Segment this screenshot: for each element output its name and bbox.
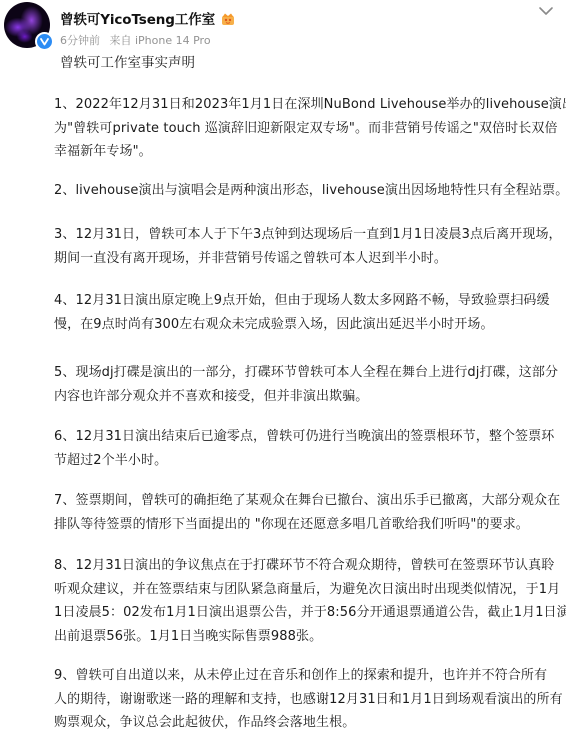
paragraph-line: 6、12月31日演出结束后已逾零点，曾轶可仍进行当晚演出的签票根环节，整个签票环 — [54, 425, 562, 449]
paragraph-line: 排队等待签票的情形下当面提出的 "你现在还愿意多唱几首歌给我们听吗"的要求。 — [54, 513, 562, 537]
paragraph-1: 1、2022年12月31日和2023年1月1日在深圳NuBond Livehou… — [54, 93, 562, 164]
username-link[interactable]: 曾轶可YicoTseng工作室 — [60, 8, 215, 28]
paragraph-line: 9、曾轶可自出道以来，从未停止过在音乐和创作上的探索和提升，也许并不符合所有 — [54, 664, 562, 688]
chevron-down-icon[interactable] — [538, 2, 554, 14]
post-title: 曾轶可工作室事实声明 — [60, 51, 195, 71]
paragraph-9: 9、曾轶可自出道以来，从未停止过在音乐和创作上的探索和提升，也许并不符合所有 人… — [54, 664, 562, 735]
paragraph-line: 5、现场dj打碟是演出的一部分，打碟环节曾轶可本人全程在舞台上进行dj打碟，这部… — [54, 361, 562, 385]
paragraph-line: 期间一直没有离开现场，并非营销号传谣之曾轶可本人迟到半小时。 — [54, 247, 562, 271]
paragraph-line: 8、12月31日演出的争议焦点在于打碟环节不符合观众期待，曾轶可在签票环节认真聆 — [54, 554, 562, 578]
username-row: 曾轶可YicoTseng工作室 — [60, 9, 235, 27]
paragraph-line: 为"曾轶可private touch 巡演辞旧迎新限定双专场"。而非营销号传谣之… — [54, 117, 562, 141]
vip-crown-icon[interactable] — [221, 11, 235, 25]
post-source: 来自 iPhone 14 Pro — [110, 34, 211, 47]
paragraph-line: 3、12月31日，曾轶可本人于下午3点钟到达现场后一直到1月1日凌晨3点后离开现… — [54, 223, 562, 247]
paragraph-5: 5、现场dj打碟是演出的一部分，打碟环节曾轶可本人全程在舞台上进行dj打碟，这部… — [54, 361, 562, 408]
paragraph-line: 听观众建议，并在签票结束与团队紧急商量后，为避免次日演出时出现类似情况，于1月 — [54, 578, 562, 602]
paragraph-line: 慢，在9点时尚有300左右观众未完成验票入场，因此演出延迟半小时开场。 — [54, 313, 562, 337]
paragraph-7: 7、签票期间，曾轶可的确拒绝了某观众在舞台已撤台、演出乐手已撤离，大部分观众在 … — [54, 489, 562, 536]
paragraph-line: 出前退票56张。1月1日当晚实际售票988张。 — [54, 625, 562, 649]
paragraph-line: 节超过2个半小时。 — [54, 449, 562, 473]
paragraph-2: 2、livehouse演出与演唱会是两种演出形态，livehouse演出因场地特… — [54, 179, 562, 203]
paragraph-line: 7、签票期间，曾轶可的确拒绝了某观众在舞台已撤台、演出乐手已撤离，大部分观众在 — [54, 489, 562, 513]
paragraph-line: 内容也许部分观众并不喜欢和接受，但并非演出欺骗。 — [54, 385, 562, 409]
paragraph-line: 1日凌晨5：02发布1月1日演出退票公告，并于8:56分开通退票通道公告，截止1… — [54, 601, 562, 625]
post-meta: 6分钟前 来自 iPhone 14 Pro — [60, 32, 211, 48]
paragraph-line: 幸福新年专场"。 — [54, 140, 562, 164]
verified-v-icon — [35, 32, 54, 51]
paragraph-line: 4、12月31日演出原定晚上9点开始，但由于现场人数太多网路不畅，导致验票扫码缓 — [54, 289, 562, 313]
paragraph-3: 3、12月31日，曾轶可本人于下午3点钟到达现场后一直到1月1日凌晨3点后离开现… — [54, 223, 562, 270]
paragraph-6: 6、12月31日演出结束后已逾零点，曾轶可仍进行当晚演出的签票根环节，整个签票环… — [54, 425, 562, 472]
paragraph-8: 8、12月31日演出的争议焦点在于打碟环节不符合观众期待，曾轶可在签票环节认真聆… — [54, 554, 562, 648]
paragraph-line: 人的期待，谢谢歌迷一路的理解和支持，也感谢12月31日和1月1日到场观看演出的所… — [54, 688, 562, 712]
post-time[interactable]: 6分钟前 — [60, 34, 100, 47]
paragraph-line: 2、livehouse演出与演唱会是两种演出形态，livehouse演出因场地特… — [54, 179, 562, 203]
paragraph-line: 购票观众，争议总会此起彼伏，作品终会落地生根。 — [54, 711, 562, 735]
avatar[interactable] — [4, 2, 50, 48]
paragraph-line: 1、2022年12月31日和2023年1月1日在深圳NuBond Livehou… — [54, 93, 562, 117]
weibo-post: 曾轶可YicoTseng工作室 6分钟前 来自 iPhone 14 Pro 曾轶… — [0, 0, 566, 754]
paragraph-4: 4、12月31日演出原定晚上9点开始，但由于现场人数太多网路不畅，导致验票扫码缓… — [54, 289, 562, 336]
